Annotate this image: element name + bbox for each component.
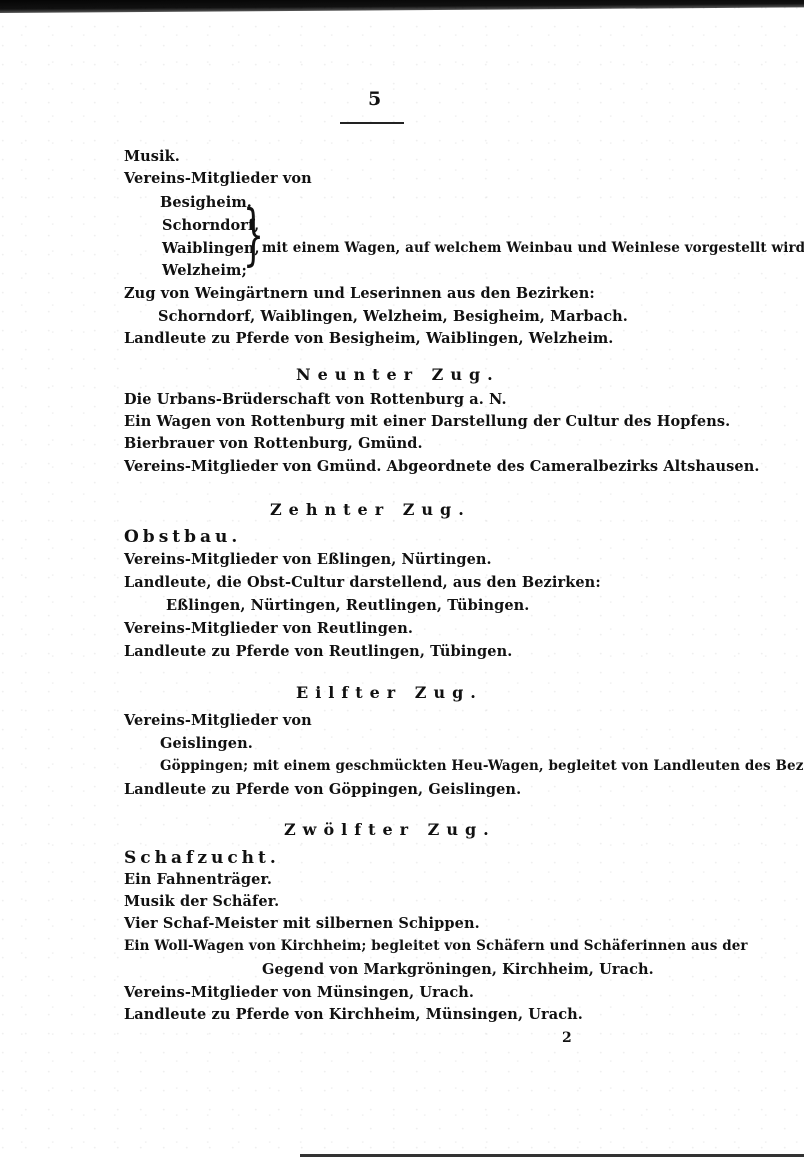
section-heading: Zehnter Zug. — [270, 500, 471, 519]
text-line: Welzheim; — [162, 262, 247, 279]
text-line: Musik der Schäfer. — [124, 893, 279, 910]
text-line: Gegend von Markgröningen, Kirchheim, Ura… — [262, 961, 654, 978]
text-line: Vier Schaf-Meister mit silbernen Schippe… — [124, 915, 480, 932]
text-line: Ein Wagen von Rottenburg mit einer Darst… — [124, 413, 730, 430]
text-line: Die Urbans-Brüderschaft von Rottenburg a… — [124, 391, 507, 408]
text-line: Bierbrauer von Rottenburg, Gmünd. — [124, 435, 423, 452]
text-line: Göppingen; mit einem geschmückten Heu-Wa… — [160, 758, 804, 774]
curly-brace-icon: } — [243, 202, 264, 268]
section-subheading: Obstbau. — [124, 527, 241, 547]
text-line: Besigheim. — [160, 194, 252, 211]
text-line: Vereins-Mitglieder von Gmünd. Abgeordnet… — [124, 458, 760, 475]
text-line: Geislingen. — [160, 735, 253, 752]
text-line: Vereins-Mitglieder von — [124, 712, 312, 729]
text-line: Landleute zu Pferde von Besigheim, Waibl… — [124, 330, 613, 347]
scan-border-top — [0, 0, 804, 13]
text-line: Eßlingen, Nürtingen, Reutlingen, Tübinge… — [166, 597, 529, 614]
text-line: Musik. — [124, 148, 180, 165]
section-heading: Eilfter Zug. — [296, 683, 483, 702]
text-line: Landleute, die Obst-Cultur darstellend, … — [124, 574, 601, 591]
text-line: Ein Fahnenträger. — [124, 871, 272, 888]
section-heading: Neunter Zug. — [296, 365, 500, 384]
section-heading: Zwölfter Zug. — [284, 820, 496, 839]
page-number: 5 — [368, 88, 381, 110]
text-line: Vereins-Mitglieder von — [124, 170, 312, 187]
text-line: Landleute zu Pferde von Göppingen, Geisl… — [124, 781, 521, 798]
text-line: Zug von Weingärtnern und Leserinnen aus … — [124, 285, 595, 302]
header-rule — [340, 122, 404, 124]
text-line: Landleute zu Pferde von Reutlingen, Tübi… — [124, 643, 512, 660]
section-subheading: Schafzucht. — [124, 848, 280, 868]
text-line: Schorndorf, Waiblingen, Welzheim, Besigh… — [158, 308, 628, 325]
text-line: Vereins-Mitglieder von Reutlingen. — [124, 620, 413, 637]
text-line: mit einem Wagen, auf welchem Weinbau und… — [262, 240, 804, 256]
text-line: Ein Woll-Wagen von Kirchheim; begleitet … — [124, 938, 748, 954]
text-line: Landleute zu Pferde von Kirchheim, Münsi… — [124, 1006, 583, 1023]
text-line: Vereins-Mitglieder von Eßlingen, Nürting… — [124, 551, 492, 568]
signature-mark: 2 — [562, 1030, 572, 1046]
text-line: Vereins-Mitglieder von Münsingen, Urach. — [124, 984, 474, 1001]
